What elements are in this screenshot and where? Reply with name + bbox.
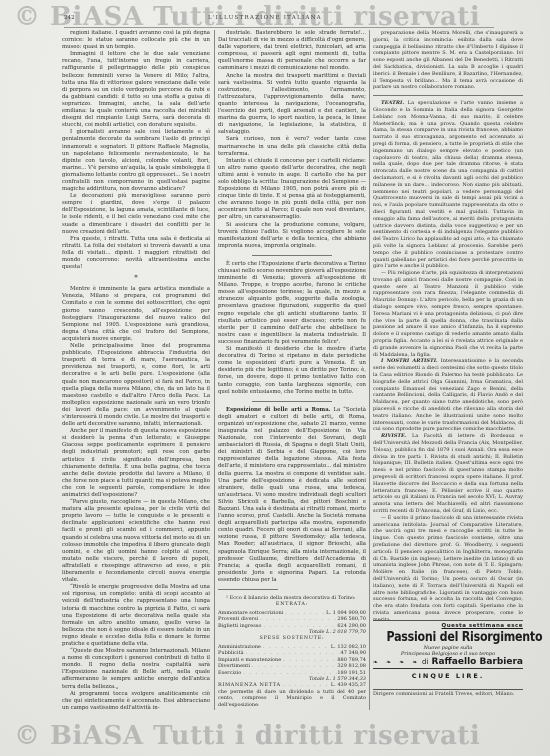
section-label-teatri: TEATRI. (381, 100, 404, 106)
paragraph: Mentre è imminente la gara artistica mon… (62, 286, 210, 343)
net-row: RIMANENZA NETTA. . . . . . . . . . .L. 4… (218, 682, 366, 688)
paragraph: Anche per il manifesto di questa nuova e… (62, 428, 210, 499)
section-rule (252, 401, 332, 402)
paragraph: Le decorazioni più meravigliose saranno … (62, 193, 210, 236)
paragraph: I giornalisti avranno sale così lietamen… (62, 129, 210, 193)
article-text: La “Società degli amatori e cultori di b… (218, 407, 366, 583)
book-advertisement: Questa settimana esce Passioni del Risor… (373, 620, 523, 690)
section-label-riviste: RIVISTE. (381, 433, 407, 439)
paragraph: dustriale. Basterebbero le sole strade f… (218, 30, 366, 73)
paragraph: Anche la mostra dei trasporti marittimi … (218, 73, 366, 137)
ad-footer: Dirigere commissioni ai Fratelli Treves,… (373, 691, 523, 697)
publication-title: L'ILLUSTRAZIONE ITALIANA (208, 15, 322, 21)
paragraph: Fra queste, i ritratti. Tutta una sala è… (62, 236, 210, 271)
column-3: preparazione della Mostra Morelli, che s… (373, 30, 523, 624)
income-total: Totale L. 2 018 779,70 (218, 629, 366, 635)
column-divider (369, 30, 370, 710)
watermark-bottom: © BiASA Tutti i diritti riservati (14, 721, 480, 751)
ornament-icon: ❧ ❧ ❧ ❧ (373, 659, 420, 666)
income-heading: ENTRATA: (218, 602, 366, 608)
column-divider (214, 30, 215, 710)
paragraph: Immagini il lettore che le due sale vene… (62, 51, 210, 129)
quote-paragraph: “Rivelò le energie progressive della Mos… (62, 584, 210, 648)
footnote-budget: ¹ Ecco il bilancio della mostra decorati… (218, 595, 366, 708)
paragraph: Si assicura che la produzione comune, vo… (218, 222, 366, 250)
section-rule (252, 255, 332, 256)
ad-price: CINQUE LIRE. (373, 672, 523, 680)
column-1: regioni italiane. I quadri avranno così … (62, 30, 210, 712)
paragraph: Ai programmi tocca svolgere analiticamen… (62, 691, 210, 712)
footnote-closing: che permette di dare un dividendo a tutt… (218, 689, 366, 708)
rome-exhibition-article: Esposizione di belle arti a Roma. La “So… (218, 407, 366, 584)
quote-paragraph: “Queste due Mostre saranno Internazional… (62, 648, 210, 691)
page-number: 242 (64, 15, 75, 21)
paragraph: Sarà curioso, non è vero? veder tante co… (218, 136, 366, 157)
article-heading: Esposizione di belle arti a Roma. (226, 407, 331, 413)
footnote-intro: ¹ Ecco il bilancio della mostra decorati… (218, 595, 366, 601)
column-2: dustriale. Basterebbero le sole strade f… (218, 30, 366, 708)
ad-author: ❧ ❧ ❧ ❧ di Raffaello Barbiera (373, 657, 523, 669)
paragraph: Intanto si chiude il concorso per i cart… (218, 158, 366, 222)
teatri-section: TEATRI. La speculazione e l'arte vanno i… (373, 100, 523, 270)
paragraph: Nelle principalissime linee del programm… (62, 343, 210, 428)
ad-book-title: Passioni del Risorgimento (387, 629, 510, 645)
quote-paragraph: “Parve giusto, raccogliere — in questa M… (62, 499, 210, 584)
paragraph: Si manifestò il desiderio che le mostre … (218, 346, 366, 396)
paragraph: È certo che l'Esposizione d'arte decorat… (218, 261, 366, 346)
newspaper-page: © BiASA Tutti i diritti riservati 242 L'… (0, 0, 550, 756)
page-header: 242 L'ILLUSTRAZIONE ITALIANA (64, 13, 494, 28)
expense-heading: SPESE SOSTENUTE: (218, 636, 366, 642)
artisti-section: I NOSTRI ARTISTI. Interessantissimo è la… (373, 358, 523, 433)
section-rule (373, 95, 523, 96)
footnote-rule (218, 589, 278, 590)
section-separator: * (62, 275, 210, 282)
riviste-section: RIVISTE. La Facoltà di lettere di Bordea… (373, 433, 523, 515)
paragraph: — Più religione d'arte, più squisitezza … (373, 270, 523, 358)
paragraph: regioni italiane. I quadri avranno così … (62, 30, 210, 51)
section-label-artisti: I NOSTRI ARTISTI. (381, 358, 438, 364)
paragraph: preparazione della Mostra Morelli, che s… (373, 30, 523, 91)
budget-row: Esercizio. . . . . . . . . . . . . . . .… (218, 670, 366, 676)
paragraph: — È uscito il primo fascicolo di una int… (373, 515, 523, 624)
